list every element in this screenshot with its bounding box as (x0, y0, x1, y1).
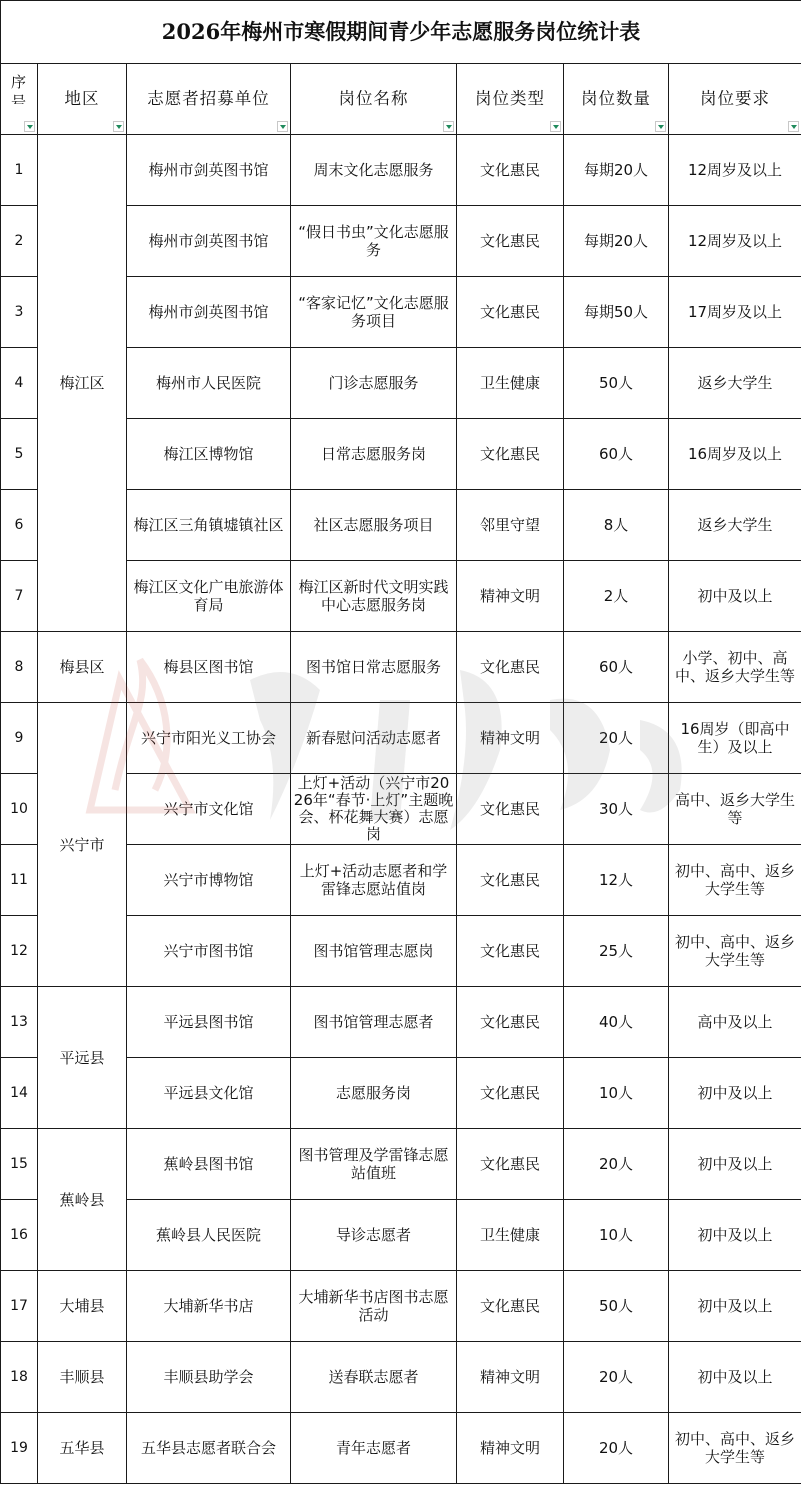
cell-requirement[interactable]: 12周岁及以上 (669, 206, 801, 277)
cell-position[interactable]: 导诊志愿者 (291, 1200, 457, 1271)
cell-region[interactable]: 五华县 (38, 1413, 127, 1484)
cell-unit[interactable]: 梅江区文化广电旅游体育局 (127, 561, 291, 632)
cell-seq[interactable]: 14 (1, 1058, 38, 1129)
table-row: 1 梅江区 梅州市剑英图书馆 周末文化志愿服务 文化惠民 每期20人 12周岁及… (1, 135, 801, 206)
cell-seq[interactable]: 6 (1, 490, 38, 561)
column-header-unit[interactable]: 志愿者招募单位 (127, 64, 291, 135)
cell-type[interactable]: 精神文明 (457, 1342, 564, 1413)
table-row: 17 大埔县 大埔新华书店 大埔新华书店图书志愿活动 文化惠民 50人 初中及以… (1, 1271, 801, 1342)
cell-region[interactable]: 兴宁市 (38, 703, 127, 987)
cell-unit[interactable]: 蕉岭县人民医院 (127, 1200, 291, 1271)
cell-type[interactable]: 文化惠民 (457, 1129, 564, 1200)
cell-seq[interactable]: 2 (1, 206, 38, 277)
cell-position[interactable]: “假日书虫”文化志愿服务 (291, 206, 457, 277)
cell-count[interactable]: 50人 (564, 1271, 669, 1342)
cell-count[interactable]: 20人 (564, 1413, 669, 1484)
cell-region[interactable]: 蕉岭县 (38, 1129, 127, 1271)
column-header-label: 岗位要求 (700, 89, 770, 108)
cell-position[interactable]: 志愿服务岗 (291, 1058, 457, 1129)
cell-unit[interactable]: 兴宁市图书馆 (127, 916, 291, 987)
cell-seq[interactable]: 10 (1, 774, 38, 845)
cell-requirement[interactable]: 返乡大学生 (669, 348, 801, 419)
cell-requirement[interactable]: 初中及以上 (669, 1342, 801, 1413)
cell-requirement[interactable]: 16周岁及以上 (669, 419, 801, 490)
table-row: 13 平远县 平远县图书馆 图书馆管理志愿者 文化惠民 40人 高中及以上 (1, 987, 801, 1058)
cell-seq[interactable]: 5 (1, 419, 38, 490)
cell-region[interactable]: 梅县区 (38, 632, 127, 703)
cell-position[interactable]: 周末文化志愿服务 (291, 135, 457, 206)
cell-requirement[interactable]: 返乡大学生 (669, 490, 801, 561)
table-row: 8 梅县区 梅县区图书馆 图书馆日常志愿服务 文化惠民 60人 小学、初中、高中… (1, 632, 801, 703)
cell-count[interactable]: 20人 (564, 703, 669, 774)
cell-type[interactable]: 文化惠民 (457, 632, 564, 703)
cell-unit[interactable]: 兴宁市文化馆 (127, 774, 291, 845)
cell-position[interactable]: 社区志愿服务项目 (291, 490, 457, 561)
cell-count[interactable]: 10人 (564, 1200, 669, 1271)
cell-count[interactable]: 每期50人 (564, 277, 669, 348)
cell-unit[interactable]: 梅江区三角镇墟镇社区 (127, 490, 291, 561)
cell-requirement[interactable]: 初中、高中、返乡大学生等 (669, 916, 801, 987)
cell-unit[interactable]: 梅县区图书馆 (127, 632, 291, 703)
cell-requirement[interactable]: 初中及以上 (669, 1200, 801, 1271)
cell-position[interactable]: 日常志愿服务岗 (291, 419, 457, 490)
cell-seq[interactable]: 3 (1, 277, 38, 348)
column-header-type[interactable]: 岗位类型 (457, 64, 564, 135)
cell-count[interactable]: 2人 (564, 561, 669, 632)
filter-dropdown-icon[interactable] (788, 121, 799, 132)
cell-requirement[interactable]: 高中、返乡大学生等 (669, 774, 801, 845)
cell-position[interactable]: 图书管理及学雷锋志愿站值班 (291, 1129, 457, 1200)
cell-count[interactable]: 每期20人 (564, 135, 669, 206)
cell-seq[interactable]: 18 (1, 1342, 38, 1413)
cell-position[interactable]: 青年志愿者 (291, 1413, 457, 1484)
filter-dropdown-icon[interactable] (443, 121, 454, 132)
table-row: 18 丰顺县 丰顺县助学会 送春联志愿者 精神文明 20人 初中及以上 (1, 1342, 801, 1413)
cell-region[interactable]: 梅江区 (38, 135, 127, 632)
cell-unit[interactable]: 梅州市人民医院 (127, 348, 291, 419)
column-header-requirement[interactable]: 岗位要求 (669, 64, 801, 135)
filter-dropdown-icon[interactable] (550, 121, 561, 132)
cell-type[interactable]: 文化惠民 (457, 987, 564, 1058)
cell-type[interactable]: 文化惠民 (457, 135, 564, 206)
cell-type[interactable]: 文化惠民 (457, 1058, 564, 1129)
cell-type[interactable]: 文化惠民 (457, 845, 564, 916)
cell-count[interactable]: 10人 (564, 1058, 669, 1129)
cell-count[interactable]: 20人 (564, 1342, 669, 1413)
cell-type[interactable]: 卫生健康 (457, 348, 564, 419)
cell-seq[interactable]: 19 (1, 1413, 38, 1484)
cell-type[interactable]: 文化惠民 (457, 419, 564, 490)
cell-unit[interactable]: 平远县文化馆 (127, 1058, 291, 1129)
cell-unit[interactable]: 兴宁市阳光义工协会 (127, 703, 291, 774)
cell-unit[interactable]: 兴宁市博物馆 (127, 845, 291, 916)
column-header-label: 序 (1, 72, 37, 92)
table-title: 2026年梅州市寒假期间青少年志愿服务岗位统计表 (1, 1, 801, 64)
cell-unit[interactable]: 蕉岭县图书馆 (127, 1129, 291, 1200)
cell-type[interactable]: 文化惠民 (457, 774, 564, 845)
cell-count[interactable]: 40人 (564, 987, 669, 1058)
cell-requirement[interactable]: 初中及以上 (669, 1058, 801, 1129)
table-row: 15 蕉岭县 蕉岭县图书馆 图书管理及学雷锋志愿站值班 文化惠民 20人 初中及… (1, 1129, 801, 1200)
filter-dropdown-icon[interactable] (655, 121, 666, 132)
cell-count[interactable]: 30人 (564, 774, 669, 845)
cell-seq[interactable]: 15 (1, 1129, 38, 1200)
cell-seq[interactable]: 16 (1, 1200, 38, 1271)
cell-seq[interactable]: 7 (1, 561, 38, 632)
column-header-label: 岗位名称 (339, 89, 409, 108)
cell-type[interactable]: 文化惠民 (457, 916, 564, 987)
cell-requirement[interactable]: 初中、高中、返乡大学生等 (669, 1413, 801, 1484)
cell-seq[interactable]: 13 (1, 987, 38, 1058)
cell-unit[interactable]: 梅江区博物馆 (127, 419, 291, 490)
cell-region[interactable]: 丰顺县 (38, 1342, 127, 1413)
filter-dropdown-icon[interactable] (277, 121, 288, 132)
cell-type[interactable]: 文化惠民 (457, 1271, 564, 1342)
volunteer-positions-table: 2026年梅州市寒假期间青少年志愿服务岗位统计表 序 号 地区 志愿者招募单位 (0, 0, 801, 1484)
cell-position[interactable]: 送春联志愿者 (291, 1342, 457, 1413)
cell-type[interactable]: 邻里守望 (457, 490, 564, 561)
column-header-label: 岗位类型 (475, 89, 545, 108)
spreadsheet: 2026年梅州市寒假期间青少年志愿服务岗位统计表 序 号 地区 志愿者招募单位 (0, 0, 801, 1484)
cell-type[interactable]: 精神文明 (457, 561, 564, 632)
table-body: 1 梅江区 梅州市剑英图书馆 周末文化志愿服务 文化惠民 每期20人 12周岁及… (1, 135, 801, 1484)
cell-count[interactable]: 每期20人 (564, 206, 669, 277)
cell-type[interactable]: 精神文明 (457, 1413, 564, 1484)
cell-unit[interactable]: 梅州市剑英图书馆 (127, 206, 291, 277)
cell-position[interactable]: 大埔新华书店图书志愿活动 (291, 1271, 457, 1342)
cell-requirement[interactable]: 初中及以上 (669, 561, 801, 632)
column-header-region[interactable]: 地区 (38, 64, 127, 135)
cell-count[interactable]: 12人 (564, 845, 669, 916)
cell-count[interactable]: 25人 (564, 916, 669, 987)
filter-dropdown-icon[interactable] (113, 121, 124, 132)
table-row: 19 五华县 五华县志愿者联合会 青年志愿者 精神文明 20人 初中、高中、返乡… (1, 1413, 801, 1484)
cell-requirement[interactable]: 高中及以上 (669, 987, 801, 1058)
column-header-label: 岗位数量 (581, 89, 651, 108)
cell-region[interactable]: 大埔县 (38, 1271, 127, 1342)
cell-position[interactable]: 梅江区新时代文明实践中心志愿服务岗 (291, 561, 457, 632)
cell-requirement[interactable]: 初中及以上 (669, 1271, 801, 1342)
cell-unit[interactable]: 平远县图书馆 (127, 987, 291, 1058)
cell-seq[interactable]: 12 (1, 916, 38, 987)
cell-region[interactable]: 平远县 (38, 987, 127, 1129)
cell-requirement[interactable]: 小学、初中、高中、返乡大学生等 (669, 632, 801, 703)
column-header-label: 志愿者招募单位 (147, 89, 270, 108)
cell-type[interactable]: 文化惠民 (457, 277, 564, 348)
column-header-label: 地区 (65, 89, 100, 108)
cell-count[interactable]: 50人 (564, 348, 669, 419)
cell-count[interactable]: 60人 (564, 632, 669, 703)
cell-seq[interactable]: 1 (1, 135, 38, 206)
cell-position[interactable]: 门诊志愿服务 (291, 348, 457, 419)
cell-unit[interactable]: 丰顺县助学会 (127, 1342, 291, 1413)
column-header-count[interactable]: 岗位数量 (564, 64, 669, 135)
cell-requirement[interactable]: 16周岁（即高中生）及以上 (669, 703, 801, 774)
column-header-label: 号 (1, 92, 37, 104)
cell-position[interactable]: 上灯+活动志愿者和学雷锋志愿站值岗 (291, 845, 457, 916)
cell-type[interactable]: 精神文明 (457, 703, 564, 774)
cell-position[interactable]: “客家记忆”文化志愿服务项目 (291, 277, 457, 348)
cell-requirement[interactable]: 17周岁及以上 (669, 277, 801, 348)
header-row: 序 号 地区 志愿者招募单位 岗位名称 岗位类型 (1, 64, 801, 135)
cell-unit[interactable]: 梅州市剑英图书馆 (127, 277, 291, 348)
cell-seq[interactable]: 8 (1, 632, 38, 703)
cell-count[interactable]: 60人 (564, 419, 669, 490)
column-header-seq[interactable]: 序 号 (1, 64, 38, 135)
cell-unit[interactable]: 梅州市剑英图书馆 (127, 135, 291, 206)
cell-seq[interactable]: 4 (1, 348, 38, 419)
cell-count[interactable]: 20人 (564, 1129, 669, 1200)
cell-position[interactable]: 图书馆管理志愿者 (291, 987, 457, 1058)
cell-seq[interactable]: 11 (1, 845, 38, 916)
table-row: 9 兴宁市 兴宁市阳光义工协会 新春慰问活动志愿者 精神文明 20人 16周岁（… (1, 703, 801, 774)
cell-count[interactable]: 8人 (564, 490, 669, 561)
filter-dropdown-icon[interactable] (24, 121, 35, 132)
cell-requirement[interactable]: 初中、高中、返乡大学生等 (669, 845, 801, 916)
cell-type[interactable]: 文化惠民 (457, 206, 564, 277)
cell-unit[interactable]: 五华县志愿者联合会 (127, 1413, 291, 1484)
cell-position[interactable]: 上灯+活动（兴宁市2026年“春节·上灯”主题晚会、杯花舞大赛）志愿岗 (291, 774, 457, 845)
cell-position[interactable]: 图书馆管理志愿岗 (291, 916, 457, 987)
cell-position[interactable]: 图书馆日常志愿服务 (291, 632, 457, 703)
cell-unit[interactable]: 大埔新华书店 (127, 1271, 291, 1342)
cell-position[interactable]: 新春慰问活动志愿者 (291, 703, 457, 774)
cell-requirement[interactable]: 12周岁及以上 (669, 135, 801, 206)
cell-seq[interactable]: 9 (1, 703, 38, 774)
cell-seq[interactable]: 17 (1, 1271, 38, 1342)
cell-type[interactable]: 卫生健康 (457, 1200, 564, 1271)
cell-requirement[interactable]: 初中及以上 (669, 1129, 801, 1200)
column-header-position[interactable]: 岗位名称 (291, 64, 457, 135)
